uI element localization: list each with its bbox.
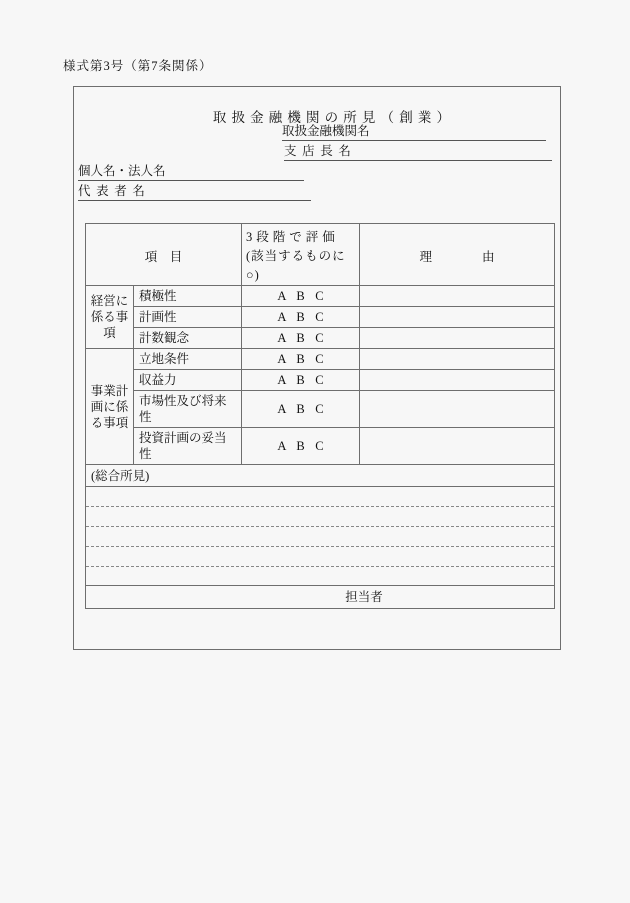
group-label: 事業計画に係る事項 (86, 349, 134, 465)
group-label: 経営に係る事項 (86, 286, 134, 349)
branch-manager-label: 支店長名 (284, 143, 357, 160)
reason-cell[interactable] (360, 428, 555, 465)
grade-options[interactable]: A B C (242, 349, 360, 370)
field-representative-name: 代表者名 (78, 182, 311, 201)
field-institution-name: 取扱金融機関名 (282, 122, 546, 141)
grade-options[interactable]: A B C (242, 428, 360, 465)
item-label: 立地条件 (134, 349, 242, 370)
item-label: 収益力 (134, 370, 242, 391)
reason-cell[interactable] (360, 307, 555, 328)
representative-name-label: 代表者名 (78, 183, 151, 200)
form-outer-box: 取扱金融機関の所見（創業） 取扱金融機関名 支店長名 個人名・法人名 代表者名 … (73, 86, 561, 650)
grade-options[interactable]: A B C (242, 391, 360, 428)
item-label: 積極性 (134, 286, 242, 307)
evaluation-header-line: 3段階で評価 (246, 228, 359, 247)
overall-opinion-header-row: (総合所見) (86, 465, 555, 487)
staff-signature-cell[interactable]: 担当者 (86, 586, 555, 609)
field-branch-manager: 支店長名 (284, 142, 552, 161)
table-row: 計数観念A B C (86, 328, 555, 349)
column-header-reason: 理 由 (360, 224, 555, 286)
grade-options[interactable]: A B C (242, 286, 360, 307)
item-label: 投資計画の妥当性 (134, 428, 242, 465)
applicant-name-label: 個人名・法人名 (78, 163, 166, 180)
branch-manager-input[interactable] (357, 142, 552, 160)
reason-cell[interactable] (360, 349, 555, 370)
table-row: 投資計画の妥当性A B C (86, 428, 555, 465)
grade-options[interactable]: A B C (242, 370, 360, 391)
document-page: { "page": { "form_number": "様式第3号（第7条関係）… (0, 0, 630, 903)
item-label: 計画性 (134, 307, 242, 328)
table-row: 計画性A B C (86, 307, 555, 328)
overall-opinion-writing-area[interactable] (86, 487, 555, 586)
grade-options[interactable]: A B C (242, 307, 360, 328)
evaluation-header-line: ○) (246, 266, 359, 285)
staff-label: 担当者 (345, 590, 383, 604)
reason-cell[interactable] (360, 286, 555, 307)
institution-name-input[interactable] (370, 122, 546, 140)
table-header-row: 項 目 3段階で評価(該当するものに○) 理 由 (86, 224, 555, 286)
reason-cell[interactable] (360, 370, 555, 391)
overall-opinion-label: (総合所見) (86, 465, 555, 487)
ruled-line (86, 527, 554, 547)
reason-cell[interactable] (360, 391, 555, 428)
item-label: 計数観念 (134, 328, 242, 349)
staff-row: 担当者 (86, 586, 555, 609)
field-applicant-name: 個人名・法人名 (78, 162, 304, 181)
applicant-name-input[interactable] (166, 162, 304, 180)
ruled-line (86, 507, 554, 527)
institution-name-label: 取扱金融機関名 (282, 123, 370, 140)
evaluation-table: 項 目 3段階で評価(該当するものに○) 理 由 経営に係る事項積極性A B C… (85, 223, 555, 609)
overall-opinion-row (86, 487, 555, 586)
reason-cell[interactable] (360, 328, 555, 349)
column-header-item: 項 目 (86, 224, 242, 286)
evaluation-header-line: (該当するものに (246, 247, 359, 266)
ruled-line (86, 547, 554, 567)
grade-options[interactable]: A B C (242, 328, 360, 349)
form-number-label: 様式第3号（第7条関係） (63, 56, 213, 74)
item-label: 市場性及び将来性 (134, 391, 242, 428)
table-row: 経営に係る事項積極性A B C (86, 286, 555, 307)
table-row: 市場性及び将来性A B C (86, 391, 555, 428)
table-row: 事業計画に係る事項立地条件A B C (86, 349, 555, 370)
table-row: 収益力A B C (86, 370, 555, 391)
ruled-line (86, 487, 554, 507)
representative-name-input[interactable] (151, 182, 311, 200)
column-header-evaluation: 3段階で評価(該当するものに○) (242, 224, 360, 286)
